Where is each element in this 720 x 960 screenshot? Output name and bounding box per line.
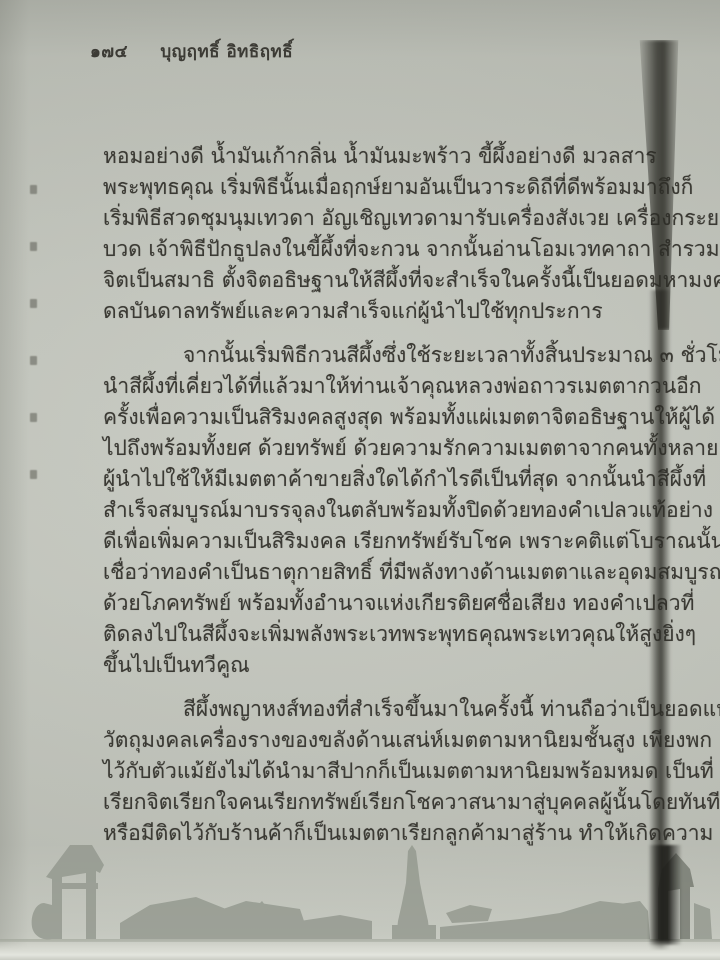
text-line: ไว้กับตัวแม้ยังไม่ได้นำมาสีปากก็เป็นเมตต… xyxy=(103,756,655,787)
text-line: ดีเพื่อเพิ่มความเป็นสิริมงคล เรียกทรัพย์… xyxy=(103,526,655,557)
text-line: หอมอย่างดี น้ำมันเก้ากลิ่น น้ำมันมะพร้าว… xyxy=(103,141,655,172)
text-line: จากนั้นเริ่มพิธีกวนสีผึ้งซึ่งใช้ระยะเวลา… xyxy=(103,340,655,371)
text-line: เชื่อว่าทองคำเป็นธาตุกายสิทธิ์ ที่มีพลัง… xyxy=(103,557,655,588)
text-line: ไปถึงพร้อมทั้งยศ ด้วยทรัพย์ ด้วยความรักค… xyxy=(103,433,655,464)
page-bottom-edge xyxy=(0,940,720,960)
text-line: ขึ้นไปเป็นทวีคูณ xyxy=(103,650,655,681)
temple-skyline-illustration xyxy=(0,843,720,947)
text-line: เรียกจิตเรียกใจคนเรียกทรัพย์เรียกโชควาสน… xyxy=(103,787,655,818)
running-title: บุญฤทธิ์ อิทธิฤทธิ์ xyxy=(160,42,293,62)
text-line: พระพุทธคุณ เริ่มพิธีนั้นเมื่อฤกษ์ยามอันเ… xyxy=(103,172,655,203)
text-line: บวด เจ้าพิธีปักธูปลงในขี้ผึ้งที่จะกวน จา… xyxy=(103,234,655,265)
paragraph: หอมอย่างดี น้ำมันเก้ากลิ่น น้ำมันมะพร้าว… xyxy=(103,141,655,327)
text-line: ด้วยโภคทรัพย์ พร้อมทั้งอำนาจแห่งเกียรติย… xyxy=(103,588,655,619)
text-line: สำเร็จสมบูรณ์มาบรรจุลงในตลับพร้อมทั้งปิด… xyxy=(103,495,655,526)
paragraph: จากนั้นเริ่มพิธีกวนสีผึ้งซึ่งใช้ระยะเวลา… xyxy=(103,340,655,681)
text-line: ดลบันดาลทรัพย์และความสำเร็จแก่ผู้นำไปใช้… xyxy=(103,296,655,327)
text-line: นำสีผึ้งที่เคี่ยวได้ที่แล้วมาให้ท่านเจ้า… xyxy=(103,371,655,402)
text-line: ผู้นำไปใช้ให้มีเมตตาค้าขายสิ่งใดได้กำไรด… xyxy=(103,464,655,495)
page-number: ๑๗๔ xyxy=(90,42,128,62)
text-line: สีผึ้งพญาหงส์ทองที่สำเร็จขึ้นมาในครั้งนี… xyxy=(103,694,655,725)
text-line: ติดลงไปในสีผึ้งจะเพิ่มพลังพระเวทพระพุทธค… xyxy=(103,619,655,650)
text-line: ครั้งเพื่อความเป็นสิริมงคลสูงสุด พร้อมทั… xyxy=(103,402,655,433)
page-gutter-shadow xyxy=(648,845,682,945)
page-header: ๑๗๔ บุญฤทธิ์ อิทธิฤทธิ์ xyxy=(90,38,293,65)
text-line: เริ่มพิธีสวดชุมนุมเทวดา อัญเชิญเทวดามารั… xyxy=(103,203,655,234)
paragraph: สีผึ้งพญาหงส์ทองที่สำเร็จขึ้นมาในครั้งนี… xyxy=(103,694,655,849)
facing-page-text-bleed xyxy=(30,185,38,615)
text-line: จิตเป็นสมาธิ ตั้งจิตอธิษฐานให้สีผึ้งที่จ… xyxy=(103,265,655,296)
scanned-book-page: ๑๗๔ บุญฤทธิ์ อิทธิฤทธิ์ หอมอย่างดี น้ำมั… xyxy=(0,0,720,960)
text-line: วัตถุมงคลเครื่องรางของขลังด้านเสน่ห์เมตต… xyxy=(103,725,655,756)
body-text: หอมอย่างดี น้ำมันเก้ากลิ่น น้ำมันมะพร้าว… xyxy=(103,141,655,862)
